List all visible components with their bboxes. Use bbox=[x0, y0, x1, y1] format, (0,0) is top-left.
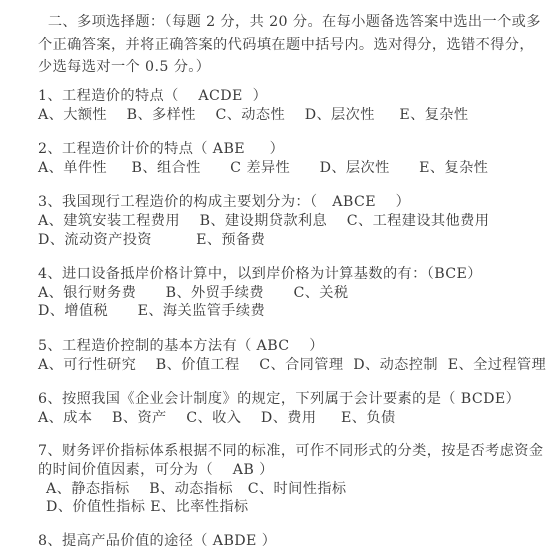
question-5-options: A、可行性研究 B、价值工程 C、合同管理 D、动态控制 E、全过程管理 bbox=[38, 355, 546, 375]
question-4-options-line-2: D、增值税 E、海关监管手续费 bbox=[38, 301, 265, 321]
question-7-options-line-2: D、价值性指标 E、比率性指标 bbox=[46, 497, 249, 517]
question-1-stem: 1、工程造价的特点（ ACDE ） bbox=[38, 86, 267, 106]
question-7-stem-line-2: 的时间价值因素，可分为（ AB ） bbox=[38, 460, 274, 480]
question-5-stem: 5、工程造价控制的基本方法有（ ABC ） bbox=[38, 336, 324, 356]
section-intro-line-3: 少选每选对一个 0.5 分。） bbox=[38, 57, 210, 77]
question-1-options: A、大额性 B、多样性 C、动态性 D、层次性 E、复杂性 bbox=[38, 105, 468, 125]
question-3-stem: 3、我国现行工程造价的构成主要划分为：（ ABCE ） bbox=[38, 192, 410, 212]
question-6-options: A、成本 B、资产 C、收入 D、费用 E、负债 bbox=[38, 408, 396, 428]
question-4-options-line-1: A、银行财务费 B、外贸手续费 C、关税 bbox=[38, 283, 348, 303]
question-3-options-line-2: D、流动资产投资 E、预备费 bbox=[38, 230, 265, 250]
question-7-stem-line-1: 7、财务评价指标体系根据不同的标准，可作不同形式的分类，按是否考虑资金 bbox=[38, 441, 543, 461]
document-page: 二、多项选择题：（每题 2 分，共 20 分。在每小题备选答案中选出一个或多 个… bbox=[0, 0, 552, 559]
question-2-stem: 2、工程造价计价的特点（ ABE ） bbox=[38, 139, 284, 159]
question-3-options-line-1: A、建筑安装工程费用 B、建设期贷款利息 C、工程建设其他费用 bbox=[38, 211, 489, 231]
question-2-options: A、单件性 B、组合性 C 差异性 D、层次性 E、复杂性 bbox=[38, 158, 488, 178]
section-intro-line-1: 二、多项选择题：（每题 2 分，共 20 分。在每小题备选答案中选出一个或多 bbox=[38, 12, 541, 32]
question-7-options-line-1: A、静态指标 B、动态指标 C、时间性指标 bbox=[46, 479, 347, 499]
question-8-stem: 8、提高产品价值的途径（ ABDE ） bbox=[38, 531, 276, 551]
question-6-stem: 6、按照我国《企业会计制度》的规定，下列属于会计要素的是（ BCDE） bbox=[38, 389, 520, 409]
question-4-stem: 4、进口设备抵岸价格计算中，以到岸价格为计算基数的有：（BCE） bbox=[38, 264, 482, 284]
section-intro-line-2: 个正确答案，并将正确答案的代码填在题中括号内。选对得分，选错不得分， bbox=[38, 35, 534, 55]
